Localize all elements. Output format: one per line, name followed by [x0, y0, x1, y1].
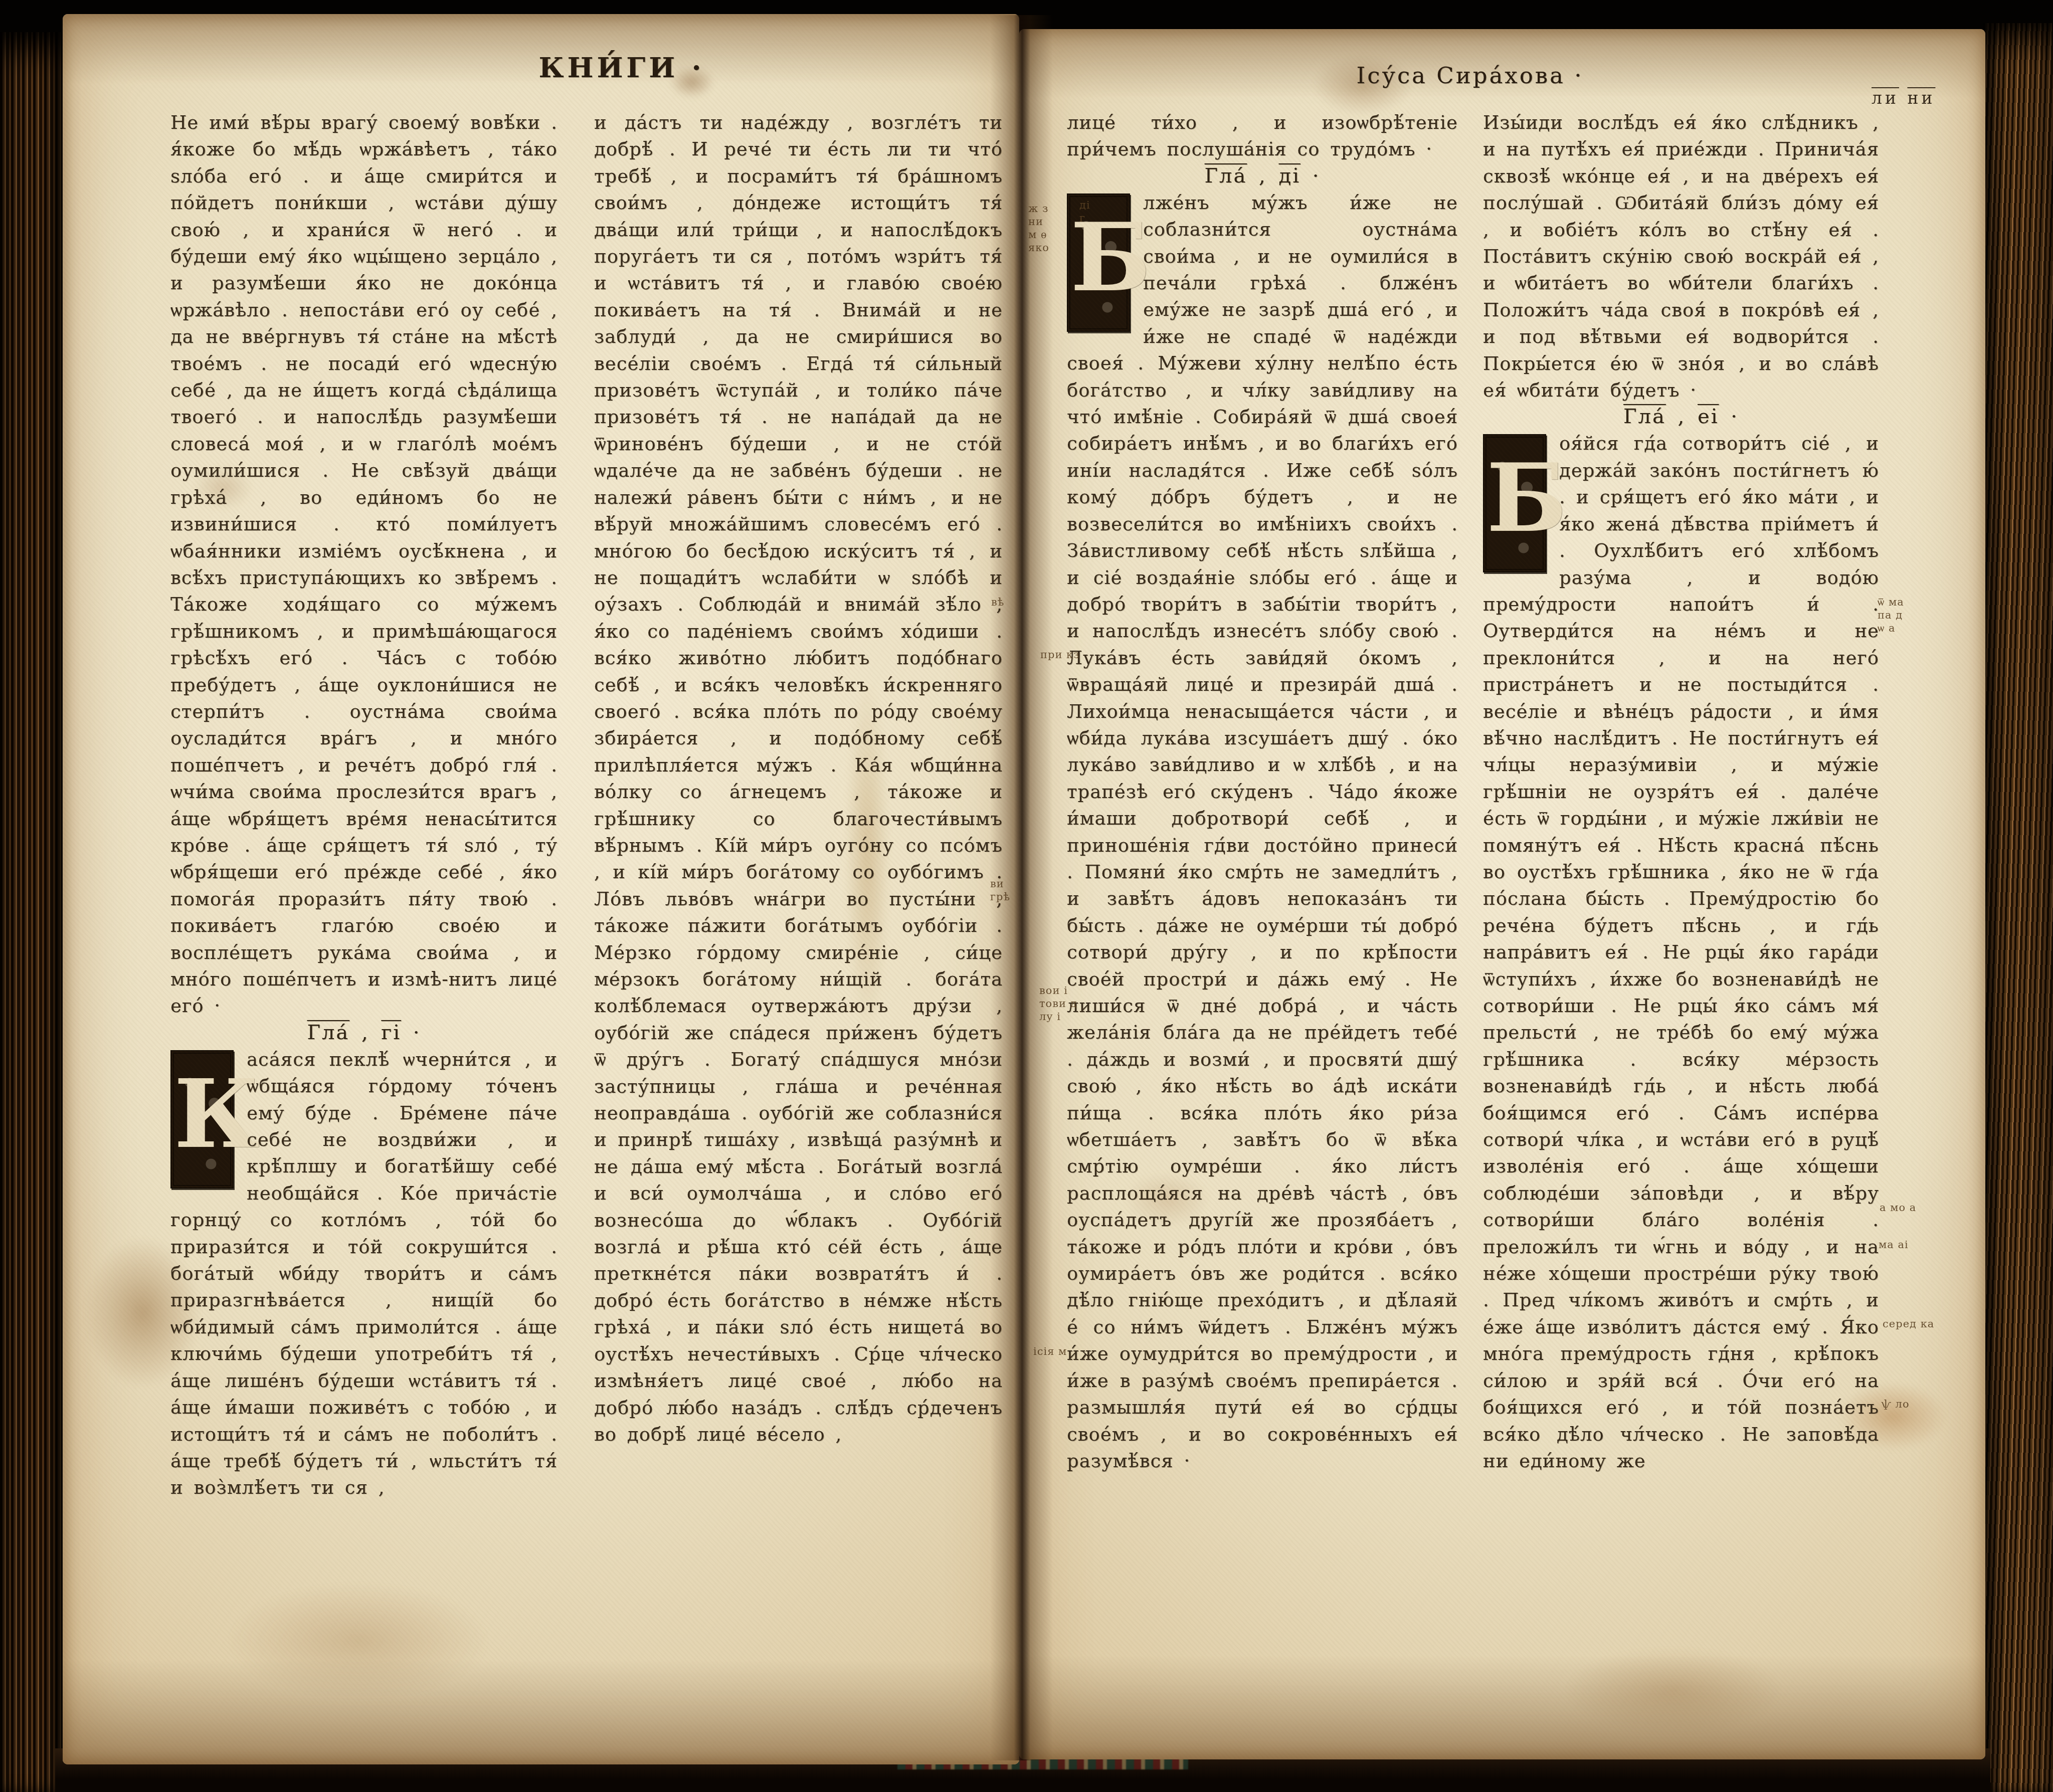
margin-note: а мо а [1880, 1201, 1916, 1214]
margin-note: ісія м [1033, 1345, 1067, 1358]
chapter-number: гі [381, 1021, 401, 1044]
margin-note: ѿ ма па д ѡ а [1878, 595, 1904, 635]
book-fore-edge-left [0, 32, 66, 1792]
margin-note: ді г [1079, 198, 1090, 225]
left-page: КНИ́ГИ · Не ими́ вѣ́ры врагу́ своему́ во… [63, 14, 1019, 1764]
margin-note: вои і тови д лу і [1039, 984, 1077, 1023]
margin-note: вѣ [991, 595, 1005, 609]
chapter-heading: Гла́ , еі · [1483, 404, 1879, 430]
foxing-stain [1566, 1648, 1781, 1733]
margin-note: ѱ ло [1882, 1398, 1910, 1411]
margin-note: при кз [1040, 648, 1080, 661]
text-paragraph: Боя́йся гд́а сотвори́тъ сіе́ , и держа́й… [1483, 430, 1879, 1474]
margin-note: серед ка [1883, 1317, 1934, 1330]
margin-note: ж з ни м ѳ яко [1028, 202, 1049, 254]
page-number: ли ни [1872, 88, 1935, 108]
text-column-left-1: Не ими́ вѣ́ры врагу́ своему́ вовѣ́ки . я… [170, 109, 557, 1611]
text-paragraph: и да́стъ ти наде́жду , возгле́тъ ти добр… [594, 109, 1003, 1448]
chapter-word: Гла́ [1205, 164, 1247, 187]
chapter-number: еі [1698, 405, 1719, 428]
woodcut-initial: К [170, 1050, 234, 1188]
text-paragraph: Изы́иди вослѣ́дъ ея́ я́ко слѣ́дникъ , и … [1483, 109, 1879, 404]
book-fore-edge-right [1983, 23, 2053, 1792]
page-number-part: ни [1907, 88, 1935, 108]
text-column-left-2: и да́стъ ти наде́жду , возгле́тъ ти добр… [594, 109, 1003, 1643]
margin-note: ма аі [1879, 1238, 1909, 1251]
text-paragraph: Не ими́ вѣ́ры врагу́ своему́ вовѣ́ки . я… [170, 109, 557, 1020]
text-column-right-1: лице́ ти́хо , и изоѡбрѣ́теніе при́чемъ п… [1067, 109, 1458, 1643]
photo-of-open-book: КНИ́ГИ · Не ими́ вѣ́ры врагу́ своему́ во… [0, 0, 2053, 1792]
chapter-heading: Гла́ , ді · [1067, 163, 1458, 189]
chapter-heading: Гла́ , гі · [170, 1020, 557, 1046]
chapter-word: Гла́ [307, 1021, 349, 1044]
running-title-right: Ісу́са Сира́хова · [1310, 62, 1630, 89]
woodcut-initial: Б [1483, 434, 1546, 572]
right-page: Ісу́са Сира́хова · ли ни лице́ ти́хо , и… [1019, 29, 1985, 1759]
margin-note: ви грѣ [990, 877, 1019, 903]
text-paragraph: Каса́яся пеклѣ́ ѡчерни́тся , и ѡбща́яся … [170, 1046, 557, 1501]
chapter-word: Гла́ [1623, 405, 1666, 428]
page-number-part: ли [1872, 88, 1899, 108]
woodcut-initial: Б [1067, 193, 1130, 332]
chapter-number: ді [1279, 164, 1300, 187]
text-paragraph: Блже́нъ му́жъ и́же не соблазни́тся оустн… [1067, 189, 1458, 1475]
text-paragraph: лице́ ти́хо , и изоѡбрѣ́теніе при́чемъ п… [1067, 109, 1458, 163]
text-column-right-2: Изы́иди вослѣ́дъ ея́ я́ко слѣ́дникъ , и … [1483, 109, 1879, 1621]
running-title-left: КНИ́ГИ · [471, 51, 772, 84]
